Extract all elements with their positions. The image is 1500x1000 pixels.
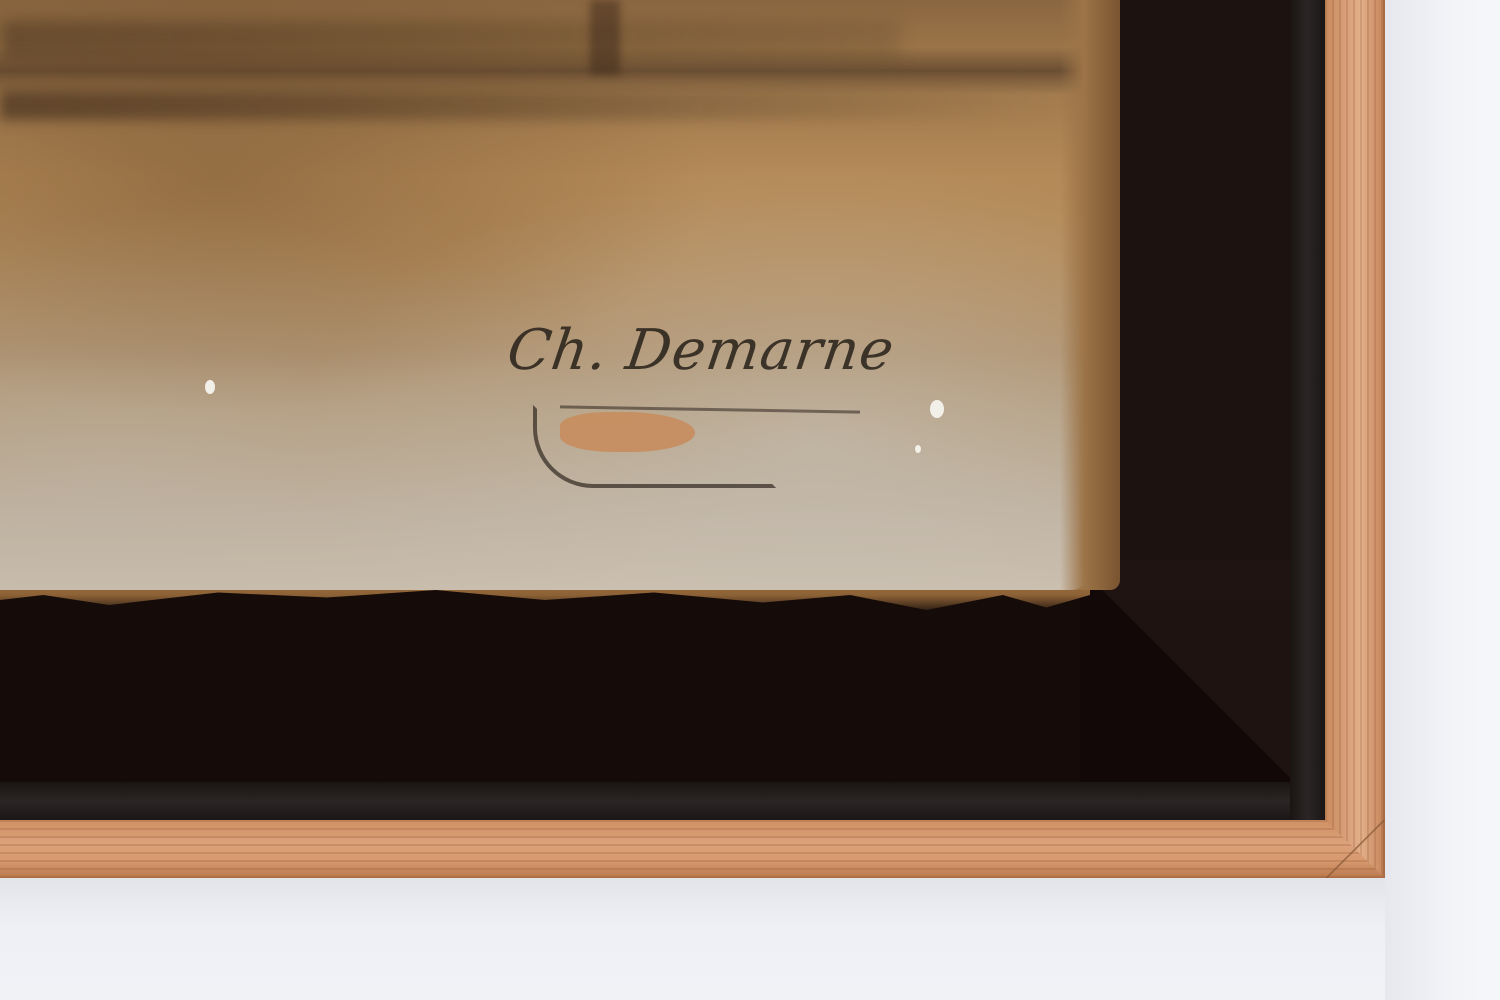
- paint-speck: [915, 445, 921, 453]
- paint-speck: [205, 380, 215, 394]
- painting-dark-band-top: [0, 20, 900, 60]
- painting-canvas: [0, 0, 1090, 590]
- liner-bottom-lip: [0, 782, 1325, 820]
- signature-flourish: [533, 405, 776, 488]
- liner-corner-shadow: [1080, 560, 1325, 820]
- artist-signature: Ch. Demarne: [503, 318, 898, 383]
- liner-right-lip: [1290, 0, 1325, 820]
- painting-dark-band: [0, 90, 1050, 120]
- frame-right-stile: [1325, 0, 1385, 878]
- frame-miter-joint: [1325, 820, 1385, 878]
- photo-scene: Ch. Demarne: [0, 0, 1500, 1000]
- wall-background-right: [1385, 0, 1500, 1000]
- velvet-liner-side: [1095, 0, 1290, 600]
- canvas-turned-edge: [1060, 0, 1120, 590]
- painting-post-shape: [590, 0, 620, 75]
- frame-bottom-rail: [0, 820, 1385, 880]
- paint-speck: [930, 400, 944, 418]
- wall-background: [0, 878, 1500, 1000]
